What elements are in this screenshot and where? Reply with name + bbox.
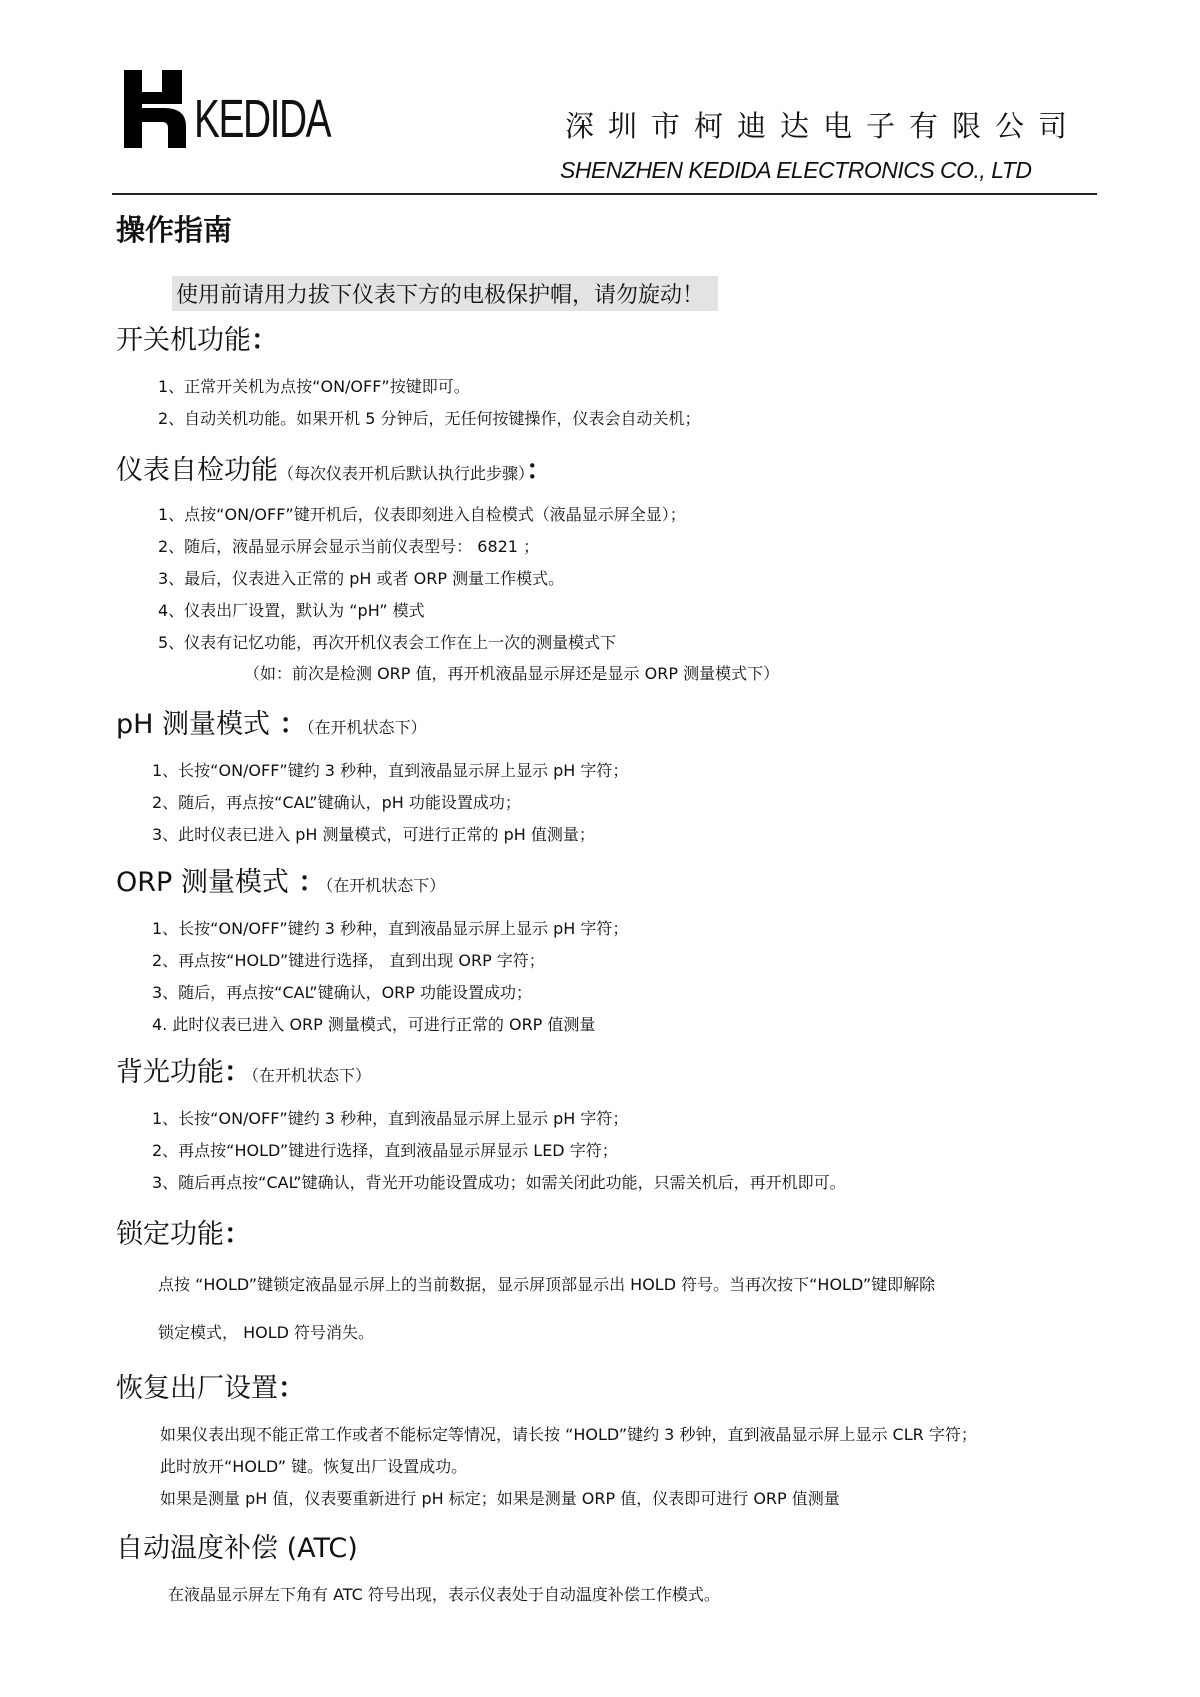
page-title: 操作指南 <box>116 208 232 249</box>
list-item: 3、随后，再点按“CAL”键确认，ORP 功能设置成功； <box>152 980 532 1003</box>
company-name-en: SHENZHEN KEDIDA ELECTRONICS CO., LTD <box>560 157 1031 184</box>
list-item-note: （如：前次是检测 ORP 值，再开机液晶显示屏还是显示 ORP 测量模式下） <box>244 661 779 684</box>
paragraph: 锁定模式， HOLD 符号消失。 <box>158 1320 374 1343</box>
paragraph: 点按 “HOLD”键锁定液晶显示屏上的当前数据，显示屏顶部显示出 HOLD 符号… <box>158 1272 935 1295</box>
logo-wordmark: KEDIDA <box>194 90 330 148</box>
header-divider <box>112 193 1097 195</box>
section-heading-factory-reset: 恢复出厂设置： <box>116 1366 305 1405</box>
warning-banner: 使用前请用力拔下仪表下方的电极保护帽，请勿旋动！ <box>172 276 718 311</box>
paragraph: 如果是测量 pH 值，仪表要重新进行 pH 标定；如果是测量 ORP 值，仪表即… <box>160 1486 840 1509</box>
list-item: 3、随后再点按“CAL”键确认，背光开功能设置成功；如需关闭此功能，只需关机后，… <box>152 1170 846 1193</box>
list-item: 1、点按“ON/OFF”键开机后，仪表即刻进入自检模式（液晶显示屏全显）； <box>158 502 686 525</box>
list-item: 1、长按“ON/OFF”键约 3 秒种，直到液晶显示屏上显示 pH 字符； <box>152 916 628 939</box>
list-item: 2、随后，再点按“CAL”键确认，pH 功能设置成功； <box>152 790 521 813</box>
list-item: 2、再点按“HOLD”键进行选择，直到液晶显示屏显示 LED 字符； <box>152 1138 618 1161</box>
paragraph: 此时放开“HOLD” 键。恢复出厂设置成功。 <box>160 1454 467 1477</box>
paragraph: 在液晶显示屏左下角有 ATC 符号出现，表示仪表处于自动温度补偿工作模式。 <box>168 1582 720 1605</box>
list-item: 5、仪表有记忆功能，再次开机仪表会工作在上一次的测量模式下 <box>158 630 616 653</box>
list-item: 3、最后，仪表进入正常的 pH 或者 ORP 测量工作模式。 <box>158 566 564 589</box>
paragraph: 如果仪表出现不能正常工作或者不能标定等情况，请长按 “HOLD”键约 3 秒钟，… <box>160 1422 977 1445</box>
list-item: 4. 此时仪表已进入 ORP 测量模式，可进行正常的 ORP 值测量 <box>152 1012 595 1035</box>
kedida-logo-mark-icon <box>124 70 190 148</box>
list-item: 1、正常开关机为点按“ON/OFF”按键即可。 <box>158 374 470 397</box>
list-item: 4、仪表出厂设置，默认为 “pH” 模式 <box>158 598 425 621</box>
section-heading-power: 开关机功能： <box>116 318 278 357</box>
list-item: 1、长按“ON/OFF”键约 3 秒种，直到液晶显示屏上显示 pH 字符； <box>152 1106 628 1129</box>
list-item: 2、自动关机功能。如果开机 5 分钟后，无任何按键操作，仪表会自动关机； <box>158 406 701 429</box>
company-logo: KEDIDA <box>124 70 364 148</box>
list-item: 2、再点按“HOLD”键进行选择， 直到出现 ORP 字符； <box>152 948 545 971</box>
section-heading-selftest: 仪表自检功能（每次仪表开机后默认执行此步骤）： <box>116 448 553 487</box>
section-heading-ph-mode: pH 测量模式 ：（在开机状态下） <box>116 702 426 741</box>
list-item: 2、随后，液晶显示屏会显示当前仪表型号： 6821 ； <box>158 534 539 557</box>
section-heading-atc: 自动温度补偿 (ATC) <box>116 1526 358 1565</box>
section-heading-hold: 锁定功能： <box>116 1212 251 1251</box>
list-item: 3、此时仪表已进入 pH 测量模式，可进行正常的 pH 值测量； <box>152 822 595 845</box>
section-heading-orp-mode: ORP 测量模式 ：（在开机状态下） <box>116 860 445 899</box>
company-name-cn: 深圳市柯迪达电子有限公司 <box>565 104 1081 145</box>
section-heading-backlight: 背光功能：（在开机状态下） <box>116 1050 371 1089</box>
list-item: 1、长按“ON/OFF”键约 3 秒种，直到液晶显示屏上显示 pH 字符； <box>152 758 628 781</box>
